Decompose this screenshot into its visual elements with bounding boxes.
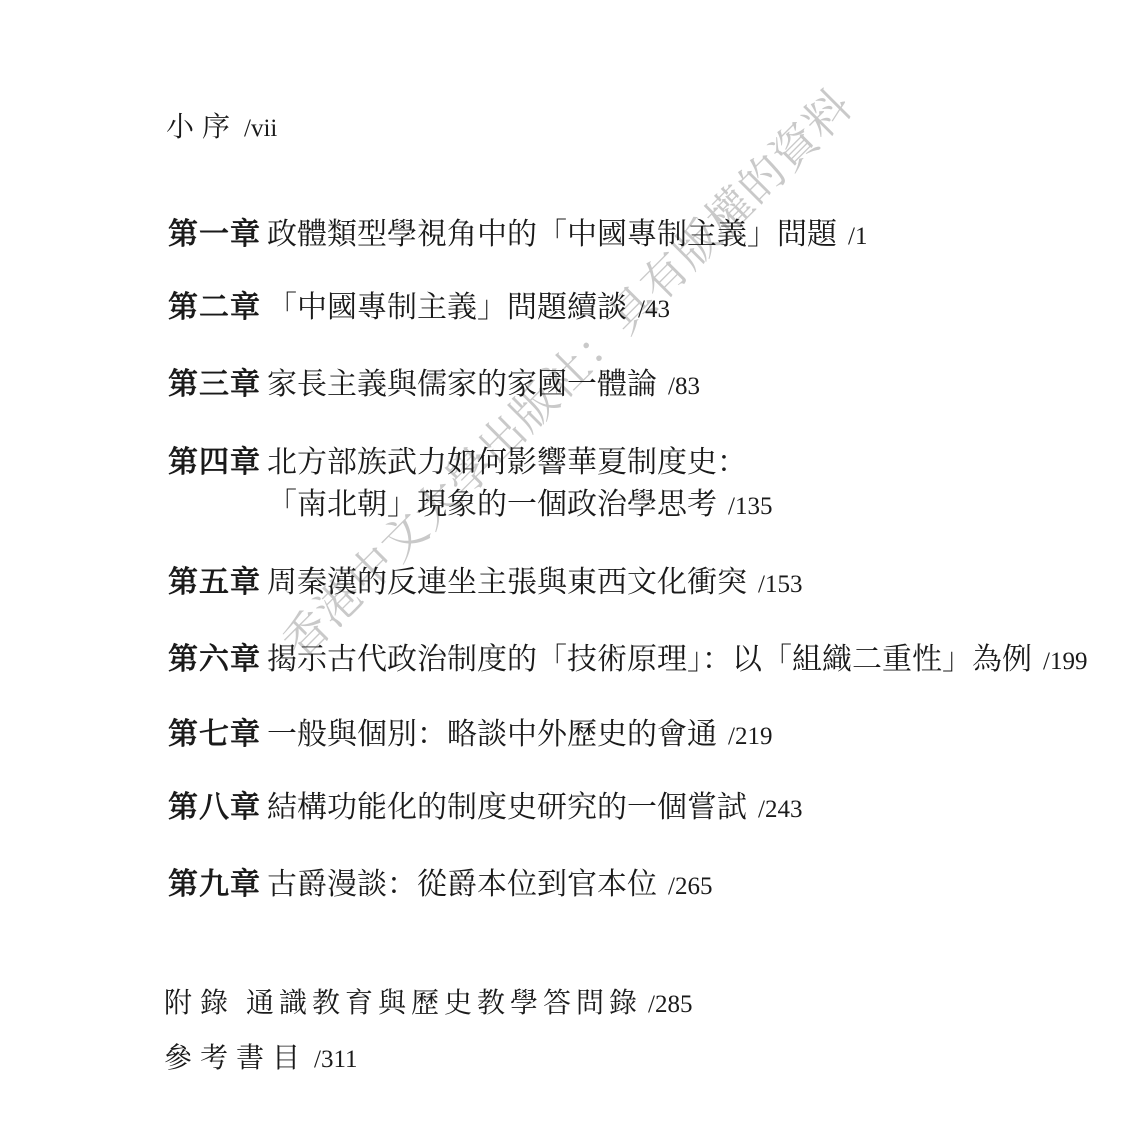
toc-entry: 第六章揭示古代政治制度的「技術原理」：以「組織二重性」為例/199 bbox=[168, 644, 1087, 676]
toc-entry: 第二章「中國專制主義」問題續談/43 bbox=[168, 292, 670, 324]
chapter-title: 北方部族武力如何影響華夏制度史： bbox=[267, 446, 747, 479]
chapter-title: 揭示古代政治制度的「技術原理」：以「組織二重性」為例 bbox=[267, 643, 1032, 676]
chapter-number: 第五章 bbox=[168, 567, 267, 599]
bibliography-label: 參考書目 bbox=[164, 1043, 308, 1074]
chapter-number: 第四章 bbox=[168, 447, 267, 479]
chapter-title: 「中國專制主義」問題續談 bbox=[267, 291, 627, 324]
appendix-entry: 附錄通識教育與歷史教學答問錄/285 bbox=[164, 989, 692, 1019]
page-number: /43 bbox=[638, 296, 670, 323]
chapter-number: 第一章 bbox=[168, 219, 267, 251]
page-number: /135 bbox=[728, 493, 772, 520]
chapter-number: 第二章 bbox=[168, 292, 267, 324]
page-number: /311 bbox=[314, 1046, 358, 1073]
appendix-label: 附錄 bbox=[164, 989, 246, 1019]
chapter-number: 第六章 bbox=[168, 644, 267, 676]
chapter-number: 第九章 bbox=[168, 869, 267, 901]
front-matter-label: 小序 bbox=[166, 112, 238, 143]
toc-entry: 第四章北方部族武力如何影響華夏制度史： bbox=[168, 447, 747, 479]
page-number: /vii bbox=[244, 115, 277, 142]
page-number: /285 bbox=[648, 991, 692, 1018]
chapter-number: 第三章 bbox=[168, 369, 267, 401]
page-number: /1 bbox=[848, 223, 867, 250]
toc-entry: 第九章古爵漫談：從爵本位到官本位/265 bbox=[168, 869, 712, 901]
page-number: /199 bbox=[1043, 648, 1087, 675]
toc-entry: 第三章家長主義與儒家的家國一體論/83 bbox=[168, 369, 700, 401]
chapter-title: 古爵漫談：從爵本位到官本位 bbox=[267, 868, 657, 901]
bibliography-entry: 參考書目/311 bbox=[164, 1044, 358, 1074]
chapter-number: 第八章 bbox=[168, 792, 267, 824]
chapter-title: 家長主義與儒家的家國一體論 bbox=[267, 368, 657, 401]
toc-entry: 第八章結構功能化的制度史研究的一個嘗試/243 bbox=[168, 792, 802, 824]
page-number: /243 bbox=[758, 796, 802, 823]
toc-entry: 第一章政體類型學視角中的「中國專制主義」問題/1 bbox=[168, 219, 867, 251]
appendix-title: 通識教育與歷史教學答問錄 bbox=[246, 988, 642, 1019]
page-number: /153 bbox=[758, 571, 802, 598]
toc-entry-continuation: 「南北朝」現象的一個政治學思考/135 bbox=[267, 489, 772, 521]
chapter-title-line2: 「南北朝」現象的一個政治學思考 bbox=[267, 488, 717, 521]
chapter-title: 結構功能化的制度史研究的一個嘗試 bbox=[267, 791, 747, 824]
page-number: /219 bbox=[728, 723, 772, 750]
toc-entry: 第五章周秦漢的反連坐主張與東西文化衝突/153 bbox=[168, 567, 802, 599]
chapter-title: 周秦漢的反連坐主張與東西文化衝突 bbox=[267, 566, 747, 599]
chapter-title: 政體類型學視角中的「中國專制主義」問題 bbox=[267, 218, 837, 251]
page-number: /265 bbox=[668, 873, 712, 900]
chapter-number: 第七章 bbox=[168, 719, 267, 751]
page-number: /83 bbox=[668, 373, 700, 400]
toc-entry: 第七章一般與個別：略談中外歷史的會通/219 bbox=[168, 719, 772, 751]
chapter-title: 一般與個別：略談中外歷史的會通 bbox=[267, 718, 717, 751]
front-matter-entry: 小序/vii bbox=[166, 113, 277, 143]
